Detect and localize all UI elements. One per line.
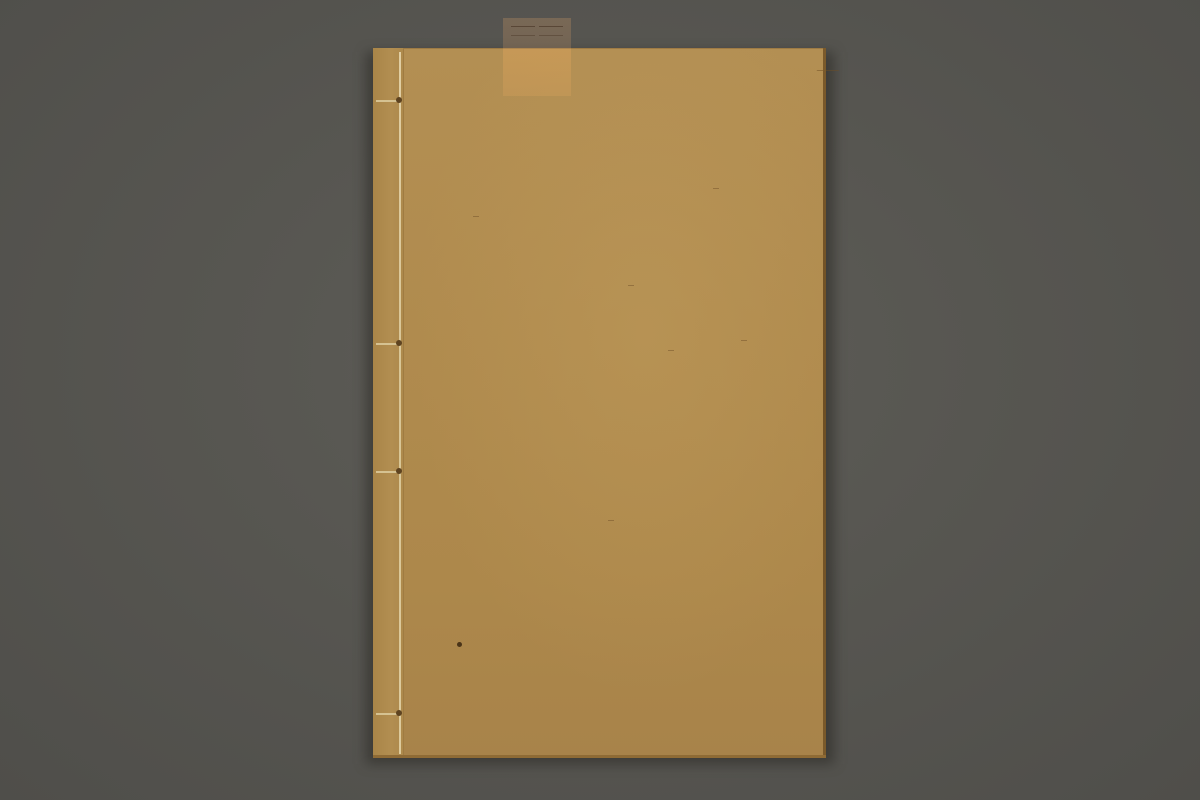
label-glyph	[511, 26, 535, 36]
paper-fleck	[473, 216, 479, 217]
paper-fleck	[608, 520, 614, 521]
label-text-marks	[511, 26, 563, 40]
title-label-slip	[503, 18, 571, 96]
paper-fleck	[741, 340, 747, 341]
book-cover	[373, 48, 826, 758]
photo-background	[0, 0, 1200, 800]
book-edge-right	[823, 48, 826, 758]
label-glyph	[539, 26, 563, 36]
stitch-hole	[396, 97, 402, 103]
stitch-hole	[396, 340, 402, 346]
paper-fleck	[628, 285, 634, 286]
binding-thread	[399, 52, 401, 754]
stitch-hole	[396, 710, 402, 716]
ink-spot	[457, 642, 462, 647]
paper-fleck	[713, 188, 719, 189]
paper-fleck	[668, 350, 674, 351]
book-edge-bottom	[373, 755, 826, 758]
stitch-hole	[396, 468, 402, 474]
